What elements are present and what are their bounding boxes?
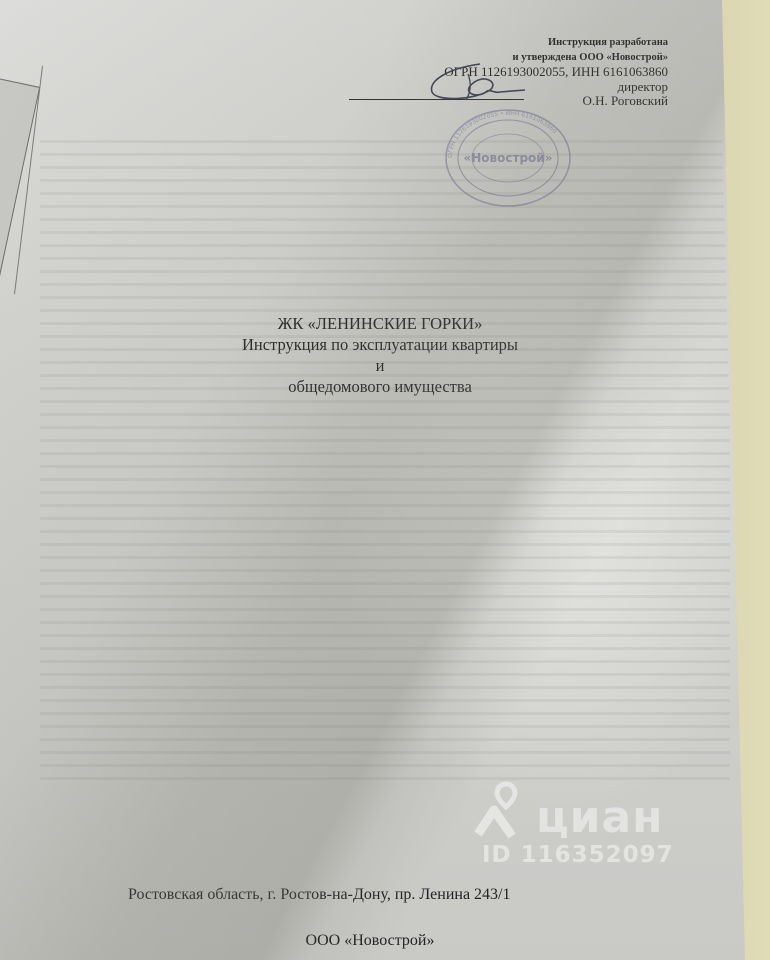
complex-name: ЖК «ЛЕНИНСКИЕ ГОРКИ» — [190, 313, 570, 334]
title-line-2: Инструкция по эксплуатации квартиры — [190, 334, 570, 355]
map-pin-logo-icon — [472, 780, 532, 840]
watermark-brand: циан — [536, 796, 664, 840]
title-line-3: и — [190, 355, 570, 376]
document-address: Ростовская область, г. Ростов-на-Дону, п… — [128, 886, 608, 904]
document-company: ООО «Новострой» — [120, 932, 620, 950]
approval-line-1: Инструкция разработана — [444, 36, 668, 51]
watermark-listing-id: ID 116352097 — [482, 842, 674, 868]
cian-watermark: циан ID 116352097 — [472, 780, 674, 868]
stamp-center-text: «Новострой» — [464, 151, 553, 165]
title-line-4: общедомового имущества — [190, 376, 570, 397]
round-seal-icon: ОГРН 1126193002055 • ИНН 6161063860 «Нов… — [444, 108, 572, 208]
handwritten-signature-icon — [420, 60, 530, 105]
document-title: ЖК «ЛЕНИНСКИЕ ГОРКИ» Инструкция по экспл… — [190, 313, 570, 397]
bleed-through-text — [40, 130, 730, 790]
